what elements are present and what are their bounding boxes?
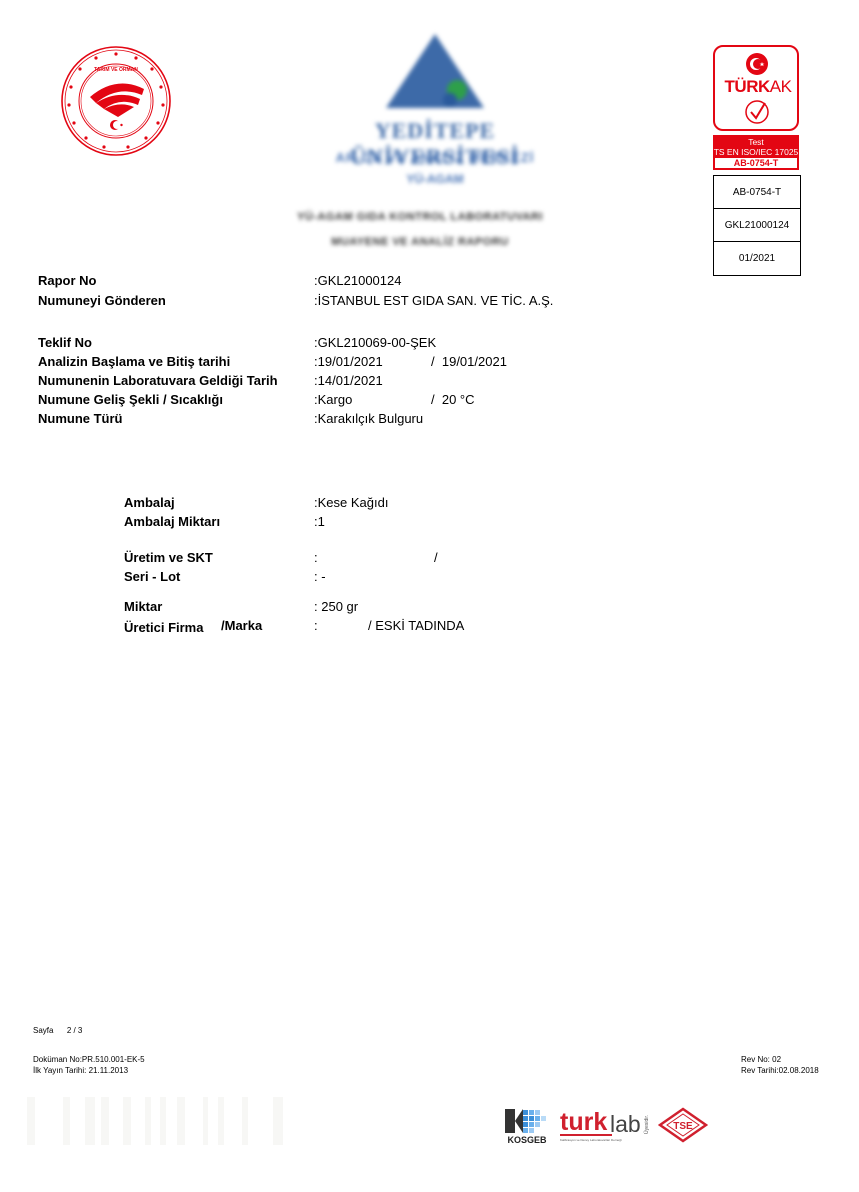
packaging-label: Ambalaj bbox=[124, 494, 175, 512]
analysis-dates-label: Analizin Başlama ve Bitiş tarihi bbox=[38, 353, 230, 371]
delivery-temperature-value: / 20 °C bbox=[431, 391, 475, 409]
svg-text:lab: lab bbox=[610, 1111, 641, 1137]
sender-value: :İSTANBUL EST GIDA SAN. VE TİC. A.Ş. bbox=[314, 292, 553, 310]
analysis-start-value: :19/01/2021 bbox=[314, 353, 383, 371]
accreditation-info-table: AB-0754-T GKL21000124 01/2021 bbox=[713, 175, 801, 276]
lab-title: YÜ-AGAM GIDA KONTROL LABORATUVARI bbox=[230, 211, 610, 223]
delivery-method-label: Numune Geliş Şekli / Sıcaklığı bbox=[38, 391, 223, 409]
production-date-value: : bbox=[314, 549, 321, 567]
rapor-no-label: Rapor No bbox=[38, 272, 97, 290]
first-publication-date: İlk Yayın Tarihi: 21.11.2013 bbox=[33, 1066, 128, 1076]
svg-text:KOSGEB: KOSGEB bbox=[507, 1135, 547, 1145]
sample-type-label: Numune Türü bbox=[38, 410, 123, 428]
packaging-value: :Kese Kağıdı bbox=[314, 494, 388, 512]
arrival-date-label: Numunenin Laboratuvara Geldiği Tarih bbox=[38, 372, 278, 390]
arrival-date-value: :14/01/2021 bbox=[314, 372, 383, 390]
quantity-value: : 250 gr bbox=[314, 598, 358, 616]
report-date-cell: 01/2021 bbox=[714, 242, 800, 275]
serial-lot-value: : - bbox=[314, 568, 326, 586]
turkak-accreditation-badge: TÜRKAK Test TS EN ISO/IEC 17025 AB-0754-… bbox=[713, 45, 799, 170]
university-short: YÜ-AGAM bbox=[290, 172, 580, 186]
svg-text:turk: turk bbox=[560, 1108, 607, 1136]
teklif-no-label: Teklif No bbox=[38, 334, 92, 352]
brand-value: / ESKİ TADINDA bbox=[368, 617, 464, 635]
kosgeb-logo: KOSGEB bbox=[503, 1107, 551, 1145]
svg-text:TARIM VE ORMAN: TARIM VE ORMAN bbox=[94, 67, 138, 73]
university-triangle-icon bbox=[380, 30, 490, 112]
manufacturer-value: : bbox=[314, 617, 318, 635]
revision-number: Rev No: 02 bbox=[741, 1055, 781, 1065]
svg-text:Kalibrasyon ve Deney Laboratuv: Kalibrasyon ve Deney Laboratuvarları Der… bbox=[560, 1138, 622, 1142]
decorative-stripes bbox=[25, 1097, 300, 1145]
accreditation-number: AB-0754-T bbox=[714, 176, 800, 209]
production-expiry-label: Üretim ve SKT bbox=[124, 549, 213, 567]
report-number-cell: GKL21000124 bbox=[714, 209, 800, 242]
analysis-end-value: / 19/01/2021 bbox=[431, 353, 507, 371]
ministry-seal-icon: TARIM VE ORMAN bbox=[60, 45, 172, 157]
teklif-no-value: :GKL210069-00-ŞEK bbox=[314, 334, 436, 352]
turkak-wordmark: TÜRKAK bbox=[715, 77, 801, 97]
tse-logo: TSE bbox=[658, 1107, 708, 1143]
accreditation-code: AB-0754-T bbox=[715, 158, 797, 168]
revision-date: Rev Tarihi:02.08.2018 bbox=[741, 1066, 819, 1076]
accreditation-standard-box: Test TS EN ISO/IEC 17025 AB-0754-T bbox=[713, 135, 799, 170]
sample-type-value: :Karakılçık Bulguru bbox=[314, 410, 423, 428]
manufacturer-label: Üretici Firma bbox=[124, 619, 203, 637]
university-subtitle: AR-GE VE ANALİZ MERKEZİ bbox=[290, 150, 580, 165]
svg-text:TSE: TSE bbox=[673, 1121, 693, 1132]
quantity-label: Miktar bbox=[124, 598, 162, 616]
university-logo: YEDİTEPE ÜNİVERSİTESİ AR-GE VE ANALİZ ME… bbox=[290, 30, 580, 200]
expiry-date-value: / bbox=[434, 549, 438, 567]
packaging-quantity-label: Ambalaj Miktarı bbox=[124, 513, 220, 531]
turkish-flag-icon bbox=[745, 52, 769, 76]
page-number: Sayfa 2 / 3 bbox=[33, 1026, 82, 1036]
packaging-quantity-value: :1 bbox=[314, 513, 325, 531]
sender-label: Numuneyi Gönderen bbox=[38, 292, 166, 310]
checkmark-circle-icon bbox=[744, 99, 770, 125]
svg-text:Üyesidir.: Üyesidir. bbox=[643, 1115, 650, 1134]
turklab-logo: turk lab Kalibrasyon ve Deney Laboratuva… bbox=[558, 1104, 653, 1144]
brand-label: /Marka bbox=[221, 617, 262, 635]
document-number: Doküman No:PR.510.001-EK-5 bbox=[33, 1055, 145, 1065]
rapor-no-value: :GKL21000124 bbox=[314, 272, 401, 290]
report-title: MUAYENE VE ANALİZ RAPORU bbox=[230, 236, 610, 248]
delivery-method-value: :Kargo bbox=[314, 391, 352, 409]
serial-lot-label: Seri - Lot bbox=[124, 568, 180, 586]
